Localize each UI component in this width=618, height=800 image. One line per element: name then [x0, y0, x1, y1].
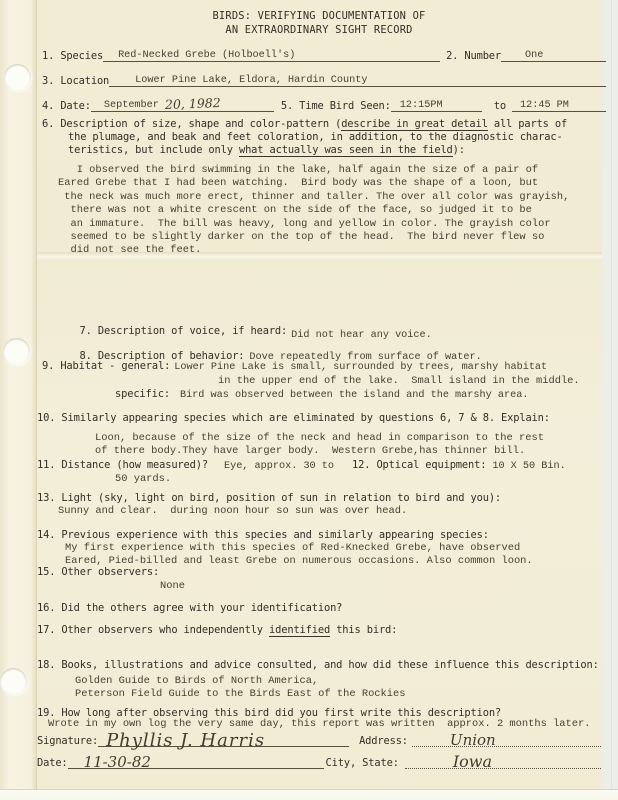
q14-answer-block: My first experience with this species of… [37, 542, 601, 568]
question-11-12: 11. Distance (how measured)?Eye, approx.… [37, 459, 601, 486]
q6-label-line2: the plumage, and beak and feet coloratio… [42, 131, 606, 144]
q6-label-text: 6. Description of size, shape and color-… [42, 118, 341, 130]
q11-q12-line: 11. Distance (how measured)?Eye, approx.… [37, 459, 601, 473]
q9-specific-line: specific:Bird was observed between the i… [42, 388, 606, 402]
time-seen-label: 5. Time Bird Seen: [281, 100, 391, 112]
question-9: 9. Habitat - general:Lower Pine Lake is … [37, 360, 606, 402]
question-13: 13. Light (sky, light on bird, position … [37, 492, 601, 518]
page-edge-line [611, 0, 612, 800]
q6-answer-line: the neck was much more erect, thinner an… [58, 191, 606, 204]
question-17: 17. Other observers who independently id… [37, 624, 601, 637]
date-value-handwritten: 20, 1982 [165, 98, 221, 110]
location-field: Lower Pine Lake, Eldora, Hardin County [109, 75, 606, 87]
question-6: 6. Description of size, shape and color-… [37, 118, 606, 258]
scanner-bottom-strip [0, 789, 618, 800]
q17-underlined-word: identified [269, 624, 330, 637]
q6-label-text: ): [453, 144, 465, 156]
q14-answer-line: My first experience with this species of… [65, 542, 601, 555]
address-field: Union [412, 732, 601, 747]
q13-answer: Sunny and clear. during noon hour so sun… [37, 505, 601, 518]
q17-label-text: this bird: [330, 624, 397, 636]
q6-answer-line: there was not a white crescent on the si… [58, 204, 606, 217]
q6-answer-line: I observed the bird swimming in the lake… [58, 164, 606, 177]
species-field: Red-Necked Grebe (Holboell's) [103, 50, 440, 62]
footer-date-label: Date: [37, 757, 68, 769]
date-label: 4. Date: [42, 100, 91, 112]
q17-label-text: 17. Other observers who independently [37, 624, 269, 636]
row-species-number: 1. Species Red-Necked Grebe (Holboell's)… [37, 45, 606, 62]
q11-label: 11. Distance (how measured)? [37, 459, 208, 471]
species-label: 1. Species [42, 50, 103, 62]
q13-label: 13. Light (sky, light on bird, position … [37, 492, 601, 505]
q6-underlined-phrase1: describe in great detail [341, 118, 488, 131]
location-label: 3. Location [42, 75, 109, 87]
address-label: Address: [359, 735, 408, 747]
q12-answer: 10 X 50 Bin. [492, 461, 565, 472]
form-title: BIRDS: VERIFYING DOCUMENTATION OF AN EXT… [37, 9, 601, 37]
form-title-line1: BIRDS: VERIFYING DOCUMENTATION OF [37, 9, 601, 23]
question-15: 15. Other observers: None [37, 566, 601, 593]
q6-label-text: teristics, but include only [68, 144, 239, 156]
question-10: 10. Similarly appearing species which ar… [37, 412, 601, 458]
q11-answer-line2: 50 yards. [37, 473, 601, 486]
q18-answer-line: Golden Guide to Birds of North America, [75, 675, 601, 688]
number-label: 2. Number [446, 50, 501, 62]
q6-answer-paragraph: I observed the bird swimming in the lake… [42, 164, 606, 258]
q6-answer-line: seemed to be slightly darker on the top … [58, 231, 606, 244]
signature-handwriting: Phyllis J. Harris [106, 730, 265, 751]
q10-answer-line: Loon, because of the size of the neck an… [95, 432, 601, 445]
q12-label: 12. Optical equipment: [352, 459, 486, 471]
row-location: 3. Location Lower Pine Lake, Eldora, Har… [37, 70, 606, 87]
q9-specific-answer: Bird was observed between the island and… [180, 390, 528, 401]
q9-general-answer2: in the upper end of the lake. Small isla… [42, 375, 606, 388]
form-title-line2: AN EXTRAORDINARY SIGHT RECORD [37, 23, 601, 37]
q6-answer-line: Eared Grebe that I had been watching. Bi… [58, 177, 606, 190]
row-signature-address: Signature: Phyllis J. Harris Address: Un… [37, 729, 601, 747]
address-handwriting: Union [450, 731, 496, 749]
q15-answer: None [37, 580, 601, 593]
footer-date-field: 11-30-82 [68, 754, 324, 769]
row-date-citystate: Date: 11-30-82 City, State: Iowa [37, 752, 601, 769]
number-field: One [501, 50, 606, 62]
signature-label: Signature: [37, 735, 98, 747]
question-19: 19. How long after observing this bird d… [37, 707, 601, 731]
q9-label: 9. Habitat - general: [42, 360, 170, 372]
q9-specific-label: specific: [115, 388, 170, 400]
footer-date-handwriting: 11-30-82 [84, 753, 151, 771]
q7-label: 7. Description of voice, if heard: [80, 325, 288, 337]
q9-general-answer1: Lower Pine Lake is small, surrounded by … [174, 362, 547, 373]
city-state-label: City, State: [326, 757, 399, 769]
date-field: September 20, 1982 [91, 98, 274, 112]
q18-answer-block: Golden Guide to Birds of North America, … [37, 675, 601, 701]
time-to-field: 12:45 PM [512, 100, 606, 112]
punch-hole-top [4, 64, 31, 91]
q6-label-line1: 6. Description of size, shape and color-… [42, 118, 606, 131]
question-14: 14. Previous experience with this specie… [37, 529, 601, 568]
punch-hole-middle [3, 338, 30, 365]
city-state-field: Iowa [405, 754, 601, 769]
question-18: 18. Books, illustrations and advice cons… [37, 659, 601, 701]
q14-label: 14. Previous experience with this specie… [37, 529, 601, 542]
row-date-time: 4. Date: September 20, 1982 5. Time Bird… [37, 94, 606, 112]
punch-hole-bottom [0, 668, 27, 695]
time-to-word: to [494, 100, 506, 112]
q6-label-text: all parts of [488, 118, 567, 130]
date-value-typed: September [104, 100, 159, 111]
signature-field: Phyllis J. Harris [98, 732, 349, 747]
q18-answer-line: Peterson Field Guide to the Birds East o… [75, 688, 601, 701]
scanned-form: BIRDS: VERIFYING DOCUMENTATION OF AN EXT… [0, 0, 618, 800]
q6-answer-line: an immature. The bill was heavy, long an… [58, 218, 606, 231]
q10-answer-block: Loon, because of the size of the neck an… [37, 432, 601, 458]
q18-label: 18. Books, illustrations and advice cons… [37, 659, 601, 672]
q6-underlined-phrase2: what actually was seen in the field [239, 144, 453, 157]
q6-label-line3: teristics, but include only what actuall… [42, 144, 606, 157]
question-16: 16. Did the others agree with your ident… [37, 602, 601, 615]
q10-label: 10. Similarly appearing species which ar… [37, 412, 601, 425]
q11-answer: Eye, approx. 30 to [224, 461, 334, 472]
time-from-field: 12:15PM [391, 100, 482, 112]
q6-answer-line: did not see the feet. [58, 244, 606, 257]
q15-label: 15. Other observers: [37, 566, 601, 579]
city-state-handwriting: Iowa [453, 752, 492, 771]
q9-general-line1: 9. Habitat - general:Lower Pine Lake is … [42, 360, 606, 374]
q10-answer-line: of there body.They have larger body. Wes… [95, 445, 601, 458]
